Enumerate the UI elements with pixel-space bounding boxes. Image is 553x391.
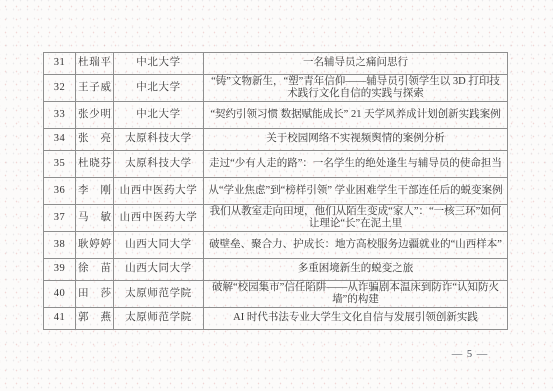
- cell-university: 太原师范学院: [114, 281, 204, 308]
- cell-university: 中北大学: [114, 75, 204, 102]
- table-row: 40 田莎 太原师范学院 破解“校园集市”信任陷阱——从诈骗剧本温床到防诈“认知…: [44, 281, 508, 308]
- cell-title: 一名辅导员之痛问思行: [204, 53, 508, 75]
- table-row: 37 马敏 山西中医药大学 我们从教室走向田埂，他们从陌生变成“家人”：“一核三…: [44, 205, 508, 232]
- table-row: 31 杜瑞平 中北大学 一名辅导员之痛问思行: [44, 53, 508, 75]
- document-page: 31 杜瑞平 中北大学 一名辅导员之痛问思行 32 王子威 中北大学 “铸”文物…: [0, 0, 553, 391]
- cell-title: “铸”文物新生，“塑”青年信仰——辅导员引领学生以 3D 打印技术践行文化自信的…: [204, 75, 508, 102]
- table-row: 33 张少明 中北大学 “契约引领习惯 数据赋能成长” 21 天学风养成计划创新…: [44, 102, 508, 129]
- cell-name: 徐苗: [76, 259, 114, 281]
- cell-university: 中北大学: [114, 102, 204, 129]
- table-row: 41 郭燕 太原师范学院 AI 时代书法专业大学生文化自信与发展引领创新实践: [44, 308, 508, 330]
- cell-no: 35: [44, 151, 76, 178]
- cell-title: 从“学业焦虑”到“榜样引领” 学业困难学生干部连任后的蜕变案例: [204, 178, 508, 205]
- cell-name: 王子威: [76, 75, 114, 102]
- cell-name: 张少明: [76, 102, 114, 129]
- cell-no: 34: [44, 129, 76, 151]
- cell-university: 山西大同大学: [114, 232, 204, 259]
- table-row: 39 徐苗 山西大同大学 多重困境新生的蜕变之旅: [44, 259, 508, 281]
- cell-university: 太原科技大学: [114, 129, 204, 151]
- cell-name: 马敏: [76, 205, 114, 232]
- cell-no: 36: [44, 178, 76, 205]
- cell-title: 我们从教室走向田埂，他们从陌生变成“家人”：“一核三环”如何让理论“长”在泥土里: [204, 205, 508, 232]
- table-row: 32 王子威 中北大学 “铸”文物新生，“塑”青年信仰——辅导员引领学生以 3D…: [44, 75, 508, 102]
- cell-university: 山西大同大学: [114, 259, 204, 281]
- cell-university: 太原科技大学: [114, 151, 204, 178]
- table-row: 38 耿婷婷 山西大同大学 破壁垒、聚合力、护成长：地方高校服务边疆就业的“山西…: [44, 232, 508, 259]
- cell-name: 杜晓芬: [76, 151, 114, 178]
- cell-title: 破解“校园集市”信任陷阱——从诈骗剧本温床到防诈“认知防火墙”的构建: [204, 281, 508, 308]
- cell-no: 31: [44, 53, 76, 75]
- cell-title: 多重困境新生的蜕变之旅: [204, 259, 508, 281]
- cell-university: 中北大学: [114, 53, 204, 75]
- cell-no: 39: [44, 259, 76, 281]
- cell-name: 郭燕: [76, 308, 114, 330]
- cell-title: 破壁垒、聚合力、护成长：地方高校服务边疆就业的“山西样本”: [204, 232, 508, 259]
- cell-name: 杜瑞平: [76, 53, 114, 75]
- table-row: 35 杜晓芬 太原科技大学 走过“少有人走的路”：一名学生的绝处逢生与辅导员的使…: [44, 151, 508, 178]
- cell-university: 山西中医药大学: [114, 205, 204, 232]
- cell-no: 32: [44, 75, 76, 102]
- cell-university: 太原师范学院: [114, 308, 204, 330]
- cell-no: 38: [44, 232, 76, 259]
- cell-no: 41: [44, 308, 76, 330]
- page-number: — 5 —: [435, 349, 505, 360]
- cell-title: AI 时代书法专业大学生文化自信与发展引领创新实践: [204, 308, 508, 330]
- cell-title: “契约引领习惯 数据赋能成长” 21 天学风养成计划创新实践案例: [204, 102, 508, 129]
- cell-university: 山西中医药大学: [114, 178, 204, 205]
- awards-list-table: 31 杜瑞平 中北大学 一名辅导员之痛问思行 32 王子威 中北大学 “铸”文物…: [43, 52, 508, 330]
- cell-title: 关于校园网络不实视频舆情的案例分析: [204, 129, 508, 151]
- table-row: 34 张亮 太原科技大学 关于校园网络不实视频舆情的案例分析: [44, 129, 508, 151]
- table-row: 36 李刚 山西中医药大学 从“学业焦虑”到“榜样引领” 学业困难学生干部连任后…: [44, 178, 508, 205]
- cell-name: 李刚: [76, 178, 114, 205]
- cell-name: 张亮: [76, 129, 114, 151]
- cell-no: 40: [44, 281, 76, 308]
- cell-name: 耿婷婷: [76, 232, 114, 259]
- cell-no: 37: [44, 205, 76, 232]
- cell-name: 田莎: [76, 281, 114, 308]
- cell-title: 走过“少有人走的路”：一名学生的绝处逢生与辅导员的使命担当: [204, 151, 508, 178]
- cell-no: 33: [44, 102, 76, 129]
